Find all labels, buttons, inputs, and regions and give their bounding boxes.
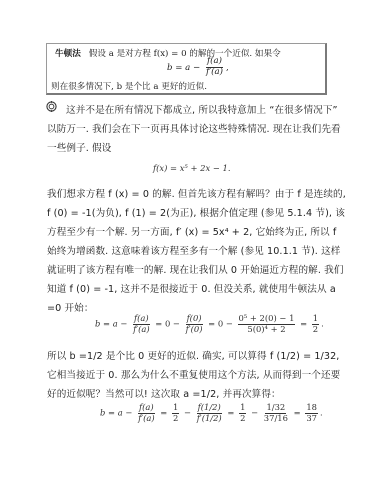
theorem-conclusion: 则在很多情况下, b 是个比 a 更好的近似. (51, 80, 207, 92)
paragraph-line: f (0) = -1(为负), f (1) = 2(为正), 根据介值定理 (参… (47, 205, 345, 219)
paragraph-line: 一些例子. 假设 (47, 140, 111, 154)
fraction: f(a) f′(a) (205, 57, 224, 78)
paragraph-line: 它相当接近于 0. 那么为什么不重复使用这个方法, 从而得到一个还要 (47, 367, 340, 381)
paragraph-line: =0 开始： (47, 300, 94, 314)
paragraph-line: 我们想求方程 f (x) = 0 的解. 但首先该方程有解吗？由于 f 是连续的… (47, 186, 346, 200)
equation-newton-step-1: b = a − f(a)f′(a) = 0 − f(0)f′(0) = 0 − … (95, 314, 324, 334)
circle-target-icon (46, 101, 57, 112)
paragraph-line: 以防万一. 我们会在下一页再具体讨论这些特殊情况. 现在让我们先看 (47, 121, 341, 135)
paragraph-line: 所以 b =1/2 是个比 0 更好的近似. 确实, 可以算得 f (1/2) … (47, 348, 339, 362)
paragraph-line: 知道 f (0) = -1, 这并不是很接近于 0. 但没关系, 就使用牛顿法从… (47, 281, 336, 295)
theorem-box: 牛顿法假设 a 是对方程 f(x) = 0 的解的一个近似. 如果令 b = a… (46, 43, 327, 95)
equation-newton-step-2: b = a − f(a)f′(a) = 12 − f(1/2)f′(1/2) =… (100, 403, 323, 423)
paragraph-line: 方程至少有一个解. 另一方面, f′ (x) = 5x⁴ + 2, 它始终为正,… (47, 224, 336, 238)
theorem-title: 牛顿法 (55, 49, 81, 59)
paragraph-line: 始终为增函数. 这意味着该方程至多有一个解 (参见 10.1.1 节). 这样 (47, 243, 341, 257)
paragraph-line: 好的近似呢？当然可以! 这次取 a =1/2, 并再次算得： (47, 386, 281, 400)
equation-f-definition: f(x) = x⁵ + 2x − 1. (153, 163, 231, 173)
theorem-formula: b = a − f(a) f′(a) , (167, 57, 229, 78)
paragraph-line: 就证明了该方程有唯一的解. 现在让我们从 0 开始逼近方程的解. 我们 (47, 262, 344, 276)
paragraph-line: 这并不是在所有情况下都成立, 所以我特意加上 “在很多情况下” (66, 102, 338, 116)
